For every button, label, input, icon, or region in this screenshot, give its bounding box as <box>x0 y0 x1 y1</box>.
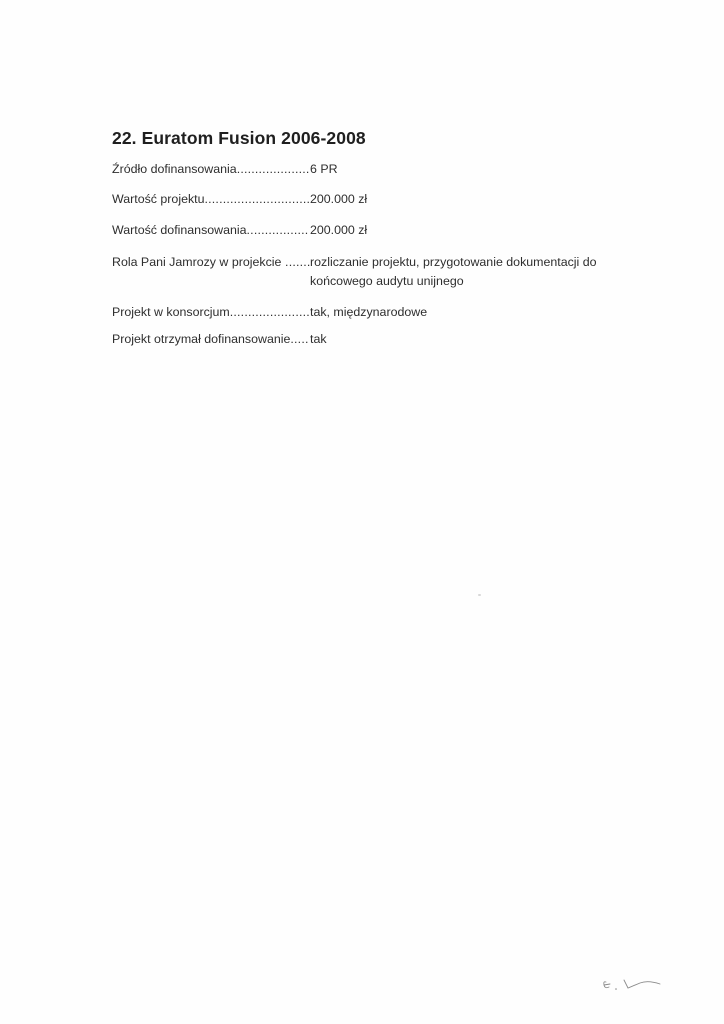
field-value: 6 PR <box>310 160 338 179</box>
field-label: Rola Pani Jamrozy w projekcie ......... <box>112 253 310 272</box>
field-label: Wartość projektu........................… <box>112 190 310 209</box>
field-value: tak <box>310 330 327 349</box>
document-page: 22. Euratom Fusion 2006-2008 Źródło dofi… <box>0 0 724 1024</box>
section-heading: 22. Euratom Fusion 2006-2008 <box>112 128 366 149</box>
field-label: Projekt otrzymał dofinansowanie..... <box>112 330 310 349</box>
field-value: 200.000 zł <box>310 221 367 240</box>
handwritten-initials-icon <box>600 968 680 998</box>
scan-speck <box>478 594 481 596</box>
field-label: Źródło dofinansowania...................… <box>112 160 310 179</box>
field-label: Wartość dofinansowania................. <box>112 221 310 240</box>
field-value: tak, międzynarodowe <box>310 303 427 322</box>
field-value: rozliczanie projektu, przygotowanie doku… <box>310 253 597 291</box>
field-label: Projekt w konsorcjum....................… <box>112 303 310 322</box>
field-value: 200.000 zł <box>310 190 367 209</box>
